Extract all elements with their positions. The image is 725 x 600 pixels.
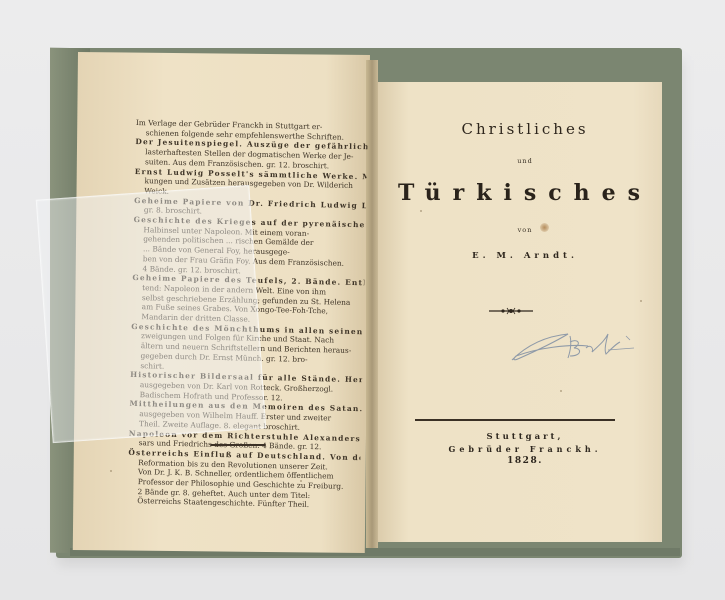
ornament-divider bbox=[489, 307, 533, 315]
imprint-year: 1828. bbox=[380, 456, 670, 466]
imprint: Stuttgart, Gebrüder Franckh. 1828. bbox=[380, 432, 670, 466]
imprint-place: Stuttgart, bbox=[380, 432, 670, 442]
imprint-rule bbox=[415, 419, 615, 421]
foxing-speck bbox=[110, 470, 112, 472]
book-gutter bbox=[366, 60, 378, 548]
handwritten-signature bbox=[508, 326, 648, 366]
foxing-speck bbox=[300, 480, 302, 482]
title-connector: und bbox=[380, 157, 670, 165]
foxing-speck bbox=[560, 390, 562, 392]
title-line-1: Christliches bbox=[380, 120, 670, 138]
foxing-speck bbox=[420, 210, 422, 212]
plastic-tab bbox=[36, 185, 266, 443]
left-page-rule bbox=[210, 444, 266, 446]
author-name: E. M. Arndt. bbox=[380, 251, 670, 261]
by-line: von bbox=[380, 226, 670, 234]
foxing-speck bbox=[640, 300, 642, 302]
imprint-publisher: Gebrüder Franckh. bbox=[380, 444, 670, 454]
foxing-speck bbox=[200, 500, 202, 502]
title-line-2: Türkisches bbox=[380, 180, 670, 206]
